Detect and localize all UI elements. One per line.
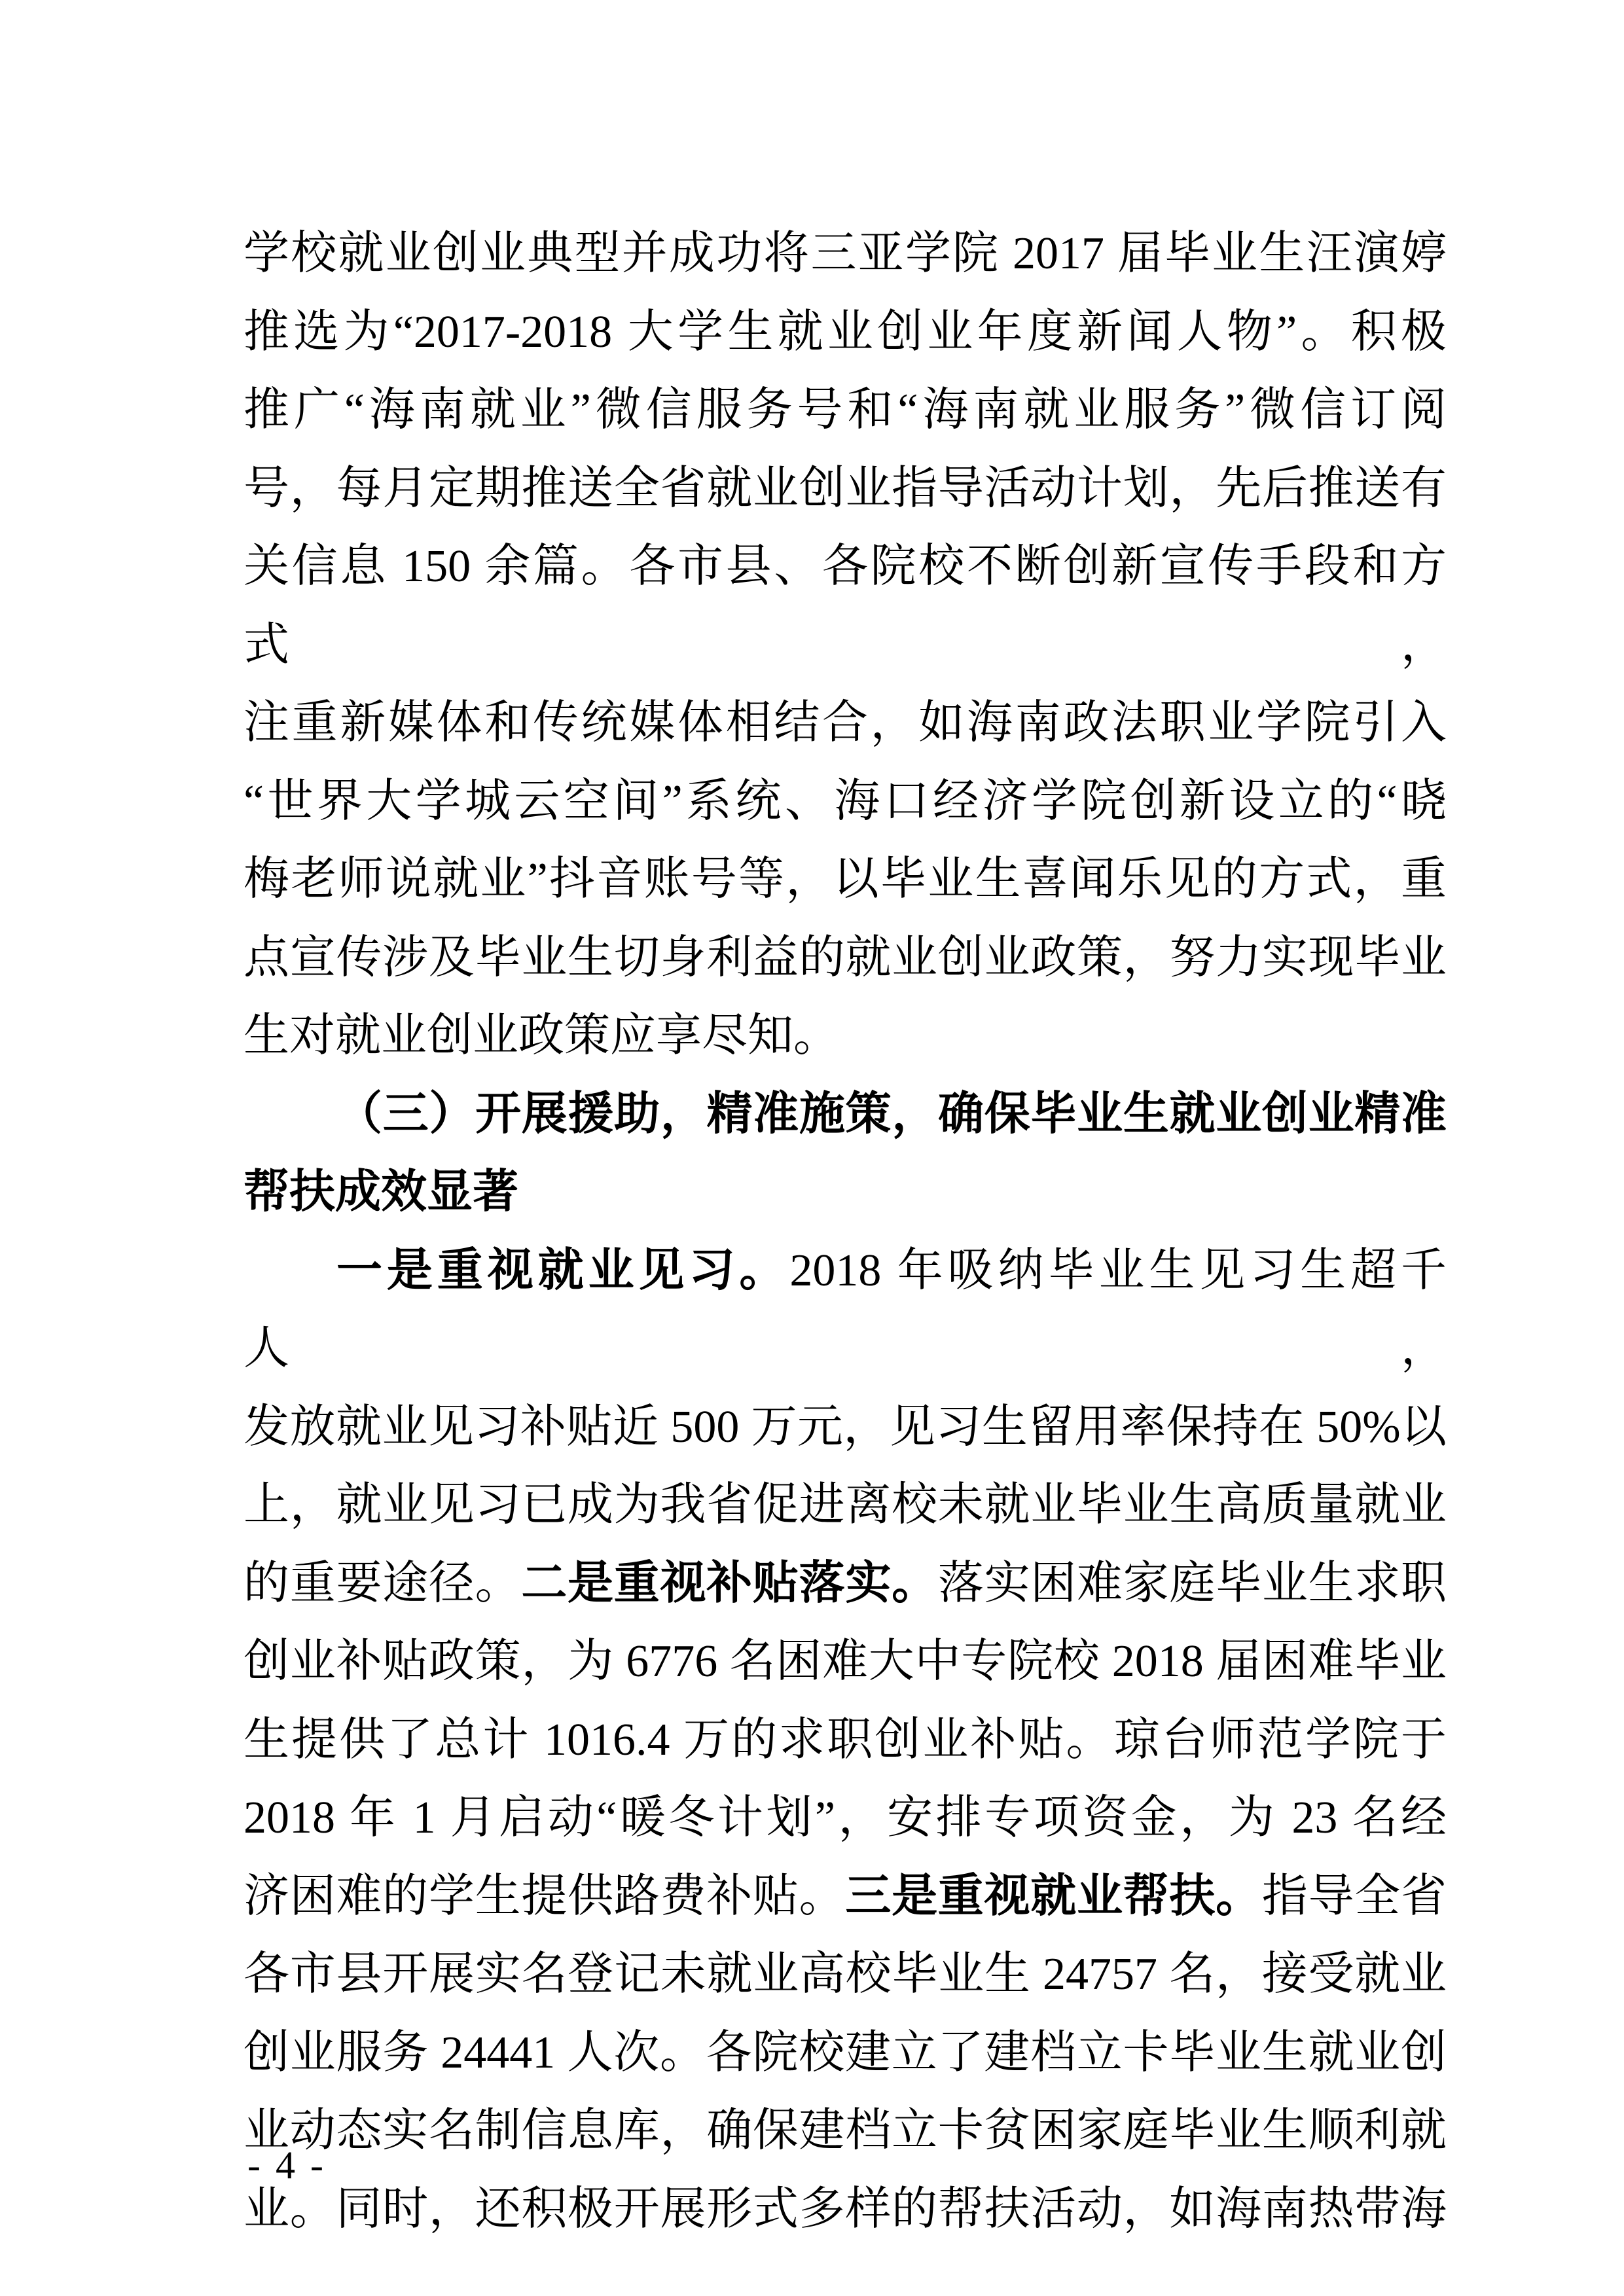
text-line: “世界大学城云空间”系统、海口经济学院创新设立的“晓 [244,762,1447,841]
text-segment: 生提供了总计 1016.4 万的求职创业补贴。琼台师范学院于 [244,1715,1447,1765]
text-line: 帮扶成效显著 [244,1153,1447,1232]
text-line: 生提供了总计 1016.4 万的求职创业补贴。琼台师范学院于 [244,1701,1447,1780]
text-segment: 的重要途径。 [244,1558,521,1609]
text-line: 创业服务 24441 人次。各院校建立了建档立卡毕业生就业创 [244,2014,1447,2092]
bold-text-segment: （三）开展援助，精准施策，确保毕业生就业创业精准 [336,1089,1447,1139]
bold-text-segment: 一是重视就业见习。 [336,1246,789,1296]
text-segment: 业。同时，还积极开展形式多样的帮扶活动，如海南热带海 [244,2184,1447,2234]
text-segment: 业动态实名制信息库，确保建档立卡贫困家庭毕业生顺利就 [244,2106,1447,2156]
text-line: （三）开展援助，精准施策，确保毕业生就业创业精准 [244,1075,1447,1154]
text-segment: 2018 年 1 月启动“暖冬计划”，安排专项资金，为 23 名经 [244,1793,1447,1843]
text-line: 一是重视就业见习。2018 年吸纳毕业生见习生超千人， [244,1232,1447,1388]
text-line: 上，就业见习已成为我省促进离校未就业毕业生高质量就业 [244,1466,1447,1545]
text-line: 业。同时，还积极开展形式多样的帮扶活动，如海南热带海 [244,2170,1447,2249]
page: { "page": { "background_color": "#ffffff… [0,0,1624,2296]
text-line: 2018 年 1 月启动“暖冬计划”，安排专项资金，为 23 名经 [244,1779,1447,1857]
text-line: 业动态实名制信息库，确保建档立卡贫困家庭毕业生顺利就 [244,2092,1447,2170]
text-segment: 生对就业创业政策应享尽知。 [244,1011,839,1061]
text-segment: 推选为“2017-2018 大学生就业创业年度新闻人物”。积极 [244,307,1447,357]
text-line: 创业补贴政策，为 6776 名困难大中专院校 2018 届困难毕业 [244,1623,1447,1701]
text-segment: 落实困难家庭毕业生求职 [938,1558,1447,1609]
text-segment: “世界大学城云空间”系统、海口经济学院创新设立的“晓 [244,776,1447,827]
text-line: 注重新媒体和传统媒体相结合，如海南政法职业学院引入 [244,684,1447,762]
text-segment: 注重新媒体和传统媒体相结合，如海南政法职业学院引入 [244,698,1447,748]
text-line: 的重要途径。二是重视补贴落实。落实困难家庭毕业生求职 [244,1545,1447,1623]
text-line: 推广“海南就业”微信服务号和“海南就业服务”微信订阅 [244,371,1447,450]
text-segment: 发放就业见习补贴近 500 万元，见习生留用率保持在 50%以 [244,1402,1447,1452]
text-segment: 关信息 150 余篇。各市县、各院校不断创新宣传手段和方式， [244,541,1447,670]
document-body: 学校就业创业典型并成功将三亚学院 2017 届毕业生汪演婷推选为“2017-20… [244,215,1447,2248]
text-segment: 点宣传涉及毕业生切身利益的就业创业政策，努力实现毕业 [244,933,1447,983]
text-segment: 梅老师说就业”抖音账号等，以毕业生喜闻乐见的方式，重 [244,854,1447,905]
text-line: 号，每月定期推送全省就业创业指导活动计划，先后推送有 [244,450,1447,528]
page-footer: - 4 - [247,2144,326,2186]
text-line: 梅老师说就业”抖音账号等，以毕业生喜闻乐见的方式，重 [244,840,1447,919]
text-line: 各市县开展实名登记未就业高校毕业生 24757 名，接受就业 [244,1935,1447,2014]
text-segment: 创业服务 24441 人次。各院校建立了建档立卡毕业生就业创 [244,2028,1447,2078]
text-line: 关信息 150 余篇。各市县、各院校不断创新宣传手段和方式， [244,528,1447,684]
text-segment: 上，就业见习已成为我省促进离校未就业毕业生高质量就业 [244,1480,1447,1530]
text-line: 点宣传涉及毕业生切身利益的就业创业政策，努力实现毕业 [244,919,1447,997]
text-segment: 号，每月定期推送全省就业创业指导活动计划，先后推送有 [244,463,1447,514]
text-segment: 各市县开展实名登记未就业高校毕业生 24757 名，接受就业 [244,1949,1447,2000]
text-line: 推选为“2017-2018 大学生就业创业年度新闻人物”。积极 [244,293,1447,372]
text-segment: 济困难的学生提供路费补贴。 [244,1871,845,1922]
text-line: 学校就业创业典型并成功将三亚学院 2017 届毕业生汪演婷 [244,215,1447,293]
text-segment: 推广“海南就业”微信服务号和“海南就业服务”微信订阅 [244,385,1447,435]
text-line: 发放就业见习补贴近 500 万元，见习生留用率保持在 50%以 [244,1388,1447,1467]
bold-text-segment: 二是重视补贴落实。 [521,1558,937,1609]
text-segment: 创业补贴政策，为 6776 名困难大中专院校 2018 届困难毕业 [244,1636,1447,1687]
bold-text-segment: 帮扶成效显著 [244,1167,518,1217]
page-number: - 4 - [247,2144,326,2187]
bold-text-segment: 三是重视就业帮扶。 [845,1871,1261,1922]
text-segment: 学校就业创业典型并成功将三亚学院 2017 届毕业生汪演婷 [244,228,1447,279]
text-line: 生对就业创业政策应享尽知。 [244,997,1447,1075]
text-line: 济困难的学生提供路费补贴。三是重视就业帮扶。指导全省 [244,1857,1447,1936]
text-segment: 指导全省 [1262,1871,1447,1922]
